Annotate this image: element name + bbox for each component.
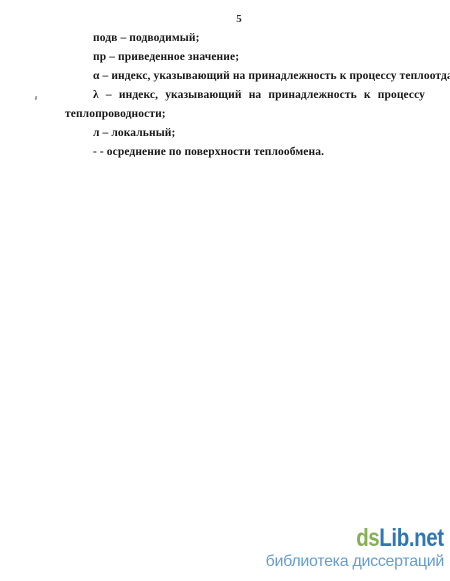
- nomenclature-line: λ – индекс, указывающий на принадлежност…: [65, 86, 425, 105]
- page-number: 5: [0, 13, 450, 25]
- nomenclature-line: α – индекс, указывающий на принадлежност…: [65, 67, 425, 86]
- nomenclature-line: л – локальный;: [65, 124, 425, 143]
- dslib-tagline: библиотека диссертаций: [266, 554, 444, 570]
- dslib-logo-ds: ds: [357, 524, 380, 552]
- scan-speck: [35, 96, 38, 100]
- nomenclature-line: пр – приведенное значение;: [65, 48, 425, 67]
- dslib-watermark: dsLib.net библиотека диссертаций: [266, 526, 444, 570]
- nomenclature-list: подв – подводимый; пр – приведенное знач…: [65, 29, 425, 162]
- nomenclature-line: подв – подводимый;: [65, 29, 425, 48]
- nomenclature-line: - - осреднение по поверхности теплообмен…: [65, 143, 425, 162]
- document-page: 5 подв – подводимый; пр – приведенное зн…: [0, 0, 450, 581]
- dslib-logo-libnet: Lib.net: [380, 524, 444, 552]
- nomenclature-line-continuation: теплопроводности;: [65, 105, 425, 124]
- dslib-logo-link[interactable]: dsLib.net: [357, 526, 444, 551]
